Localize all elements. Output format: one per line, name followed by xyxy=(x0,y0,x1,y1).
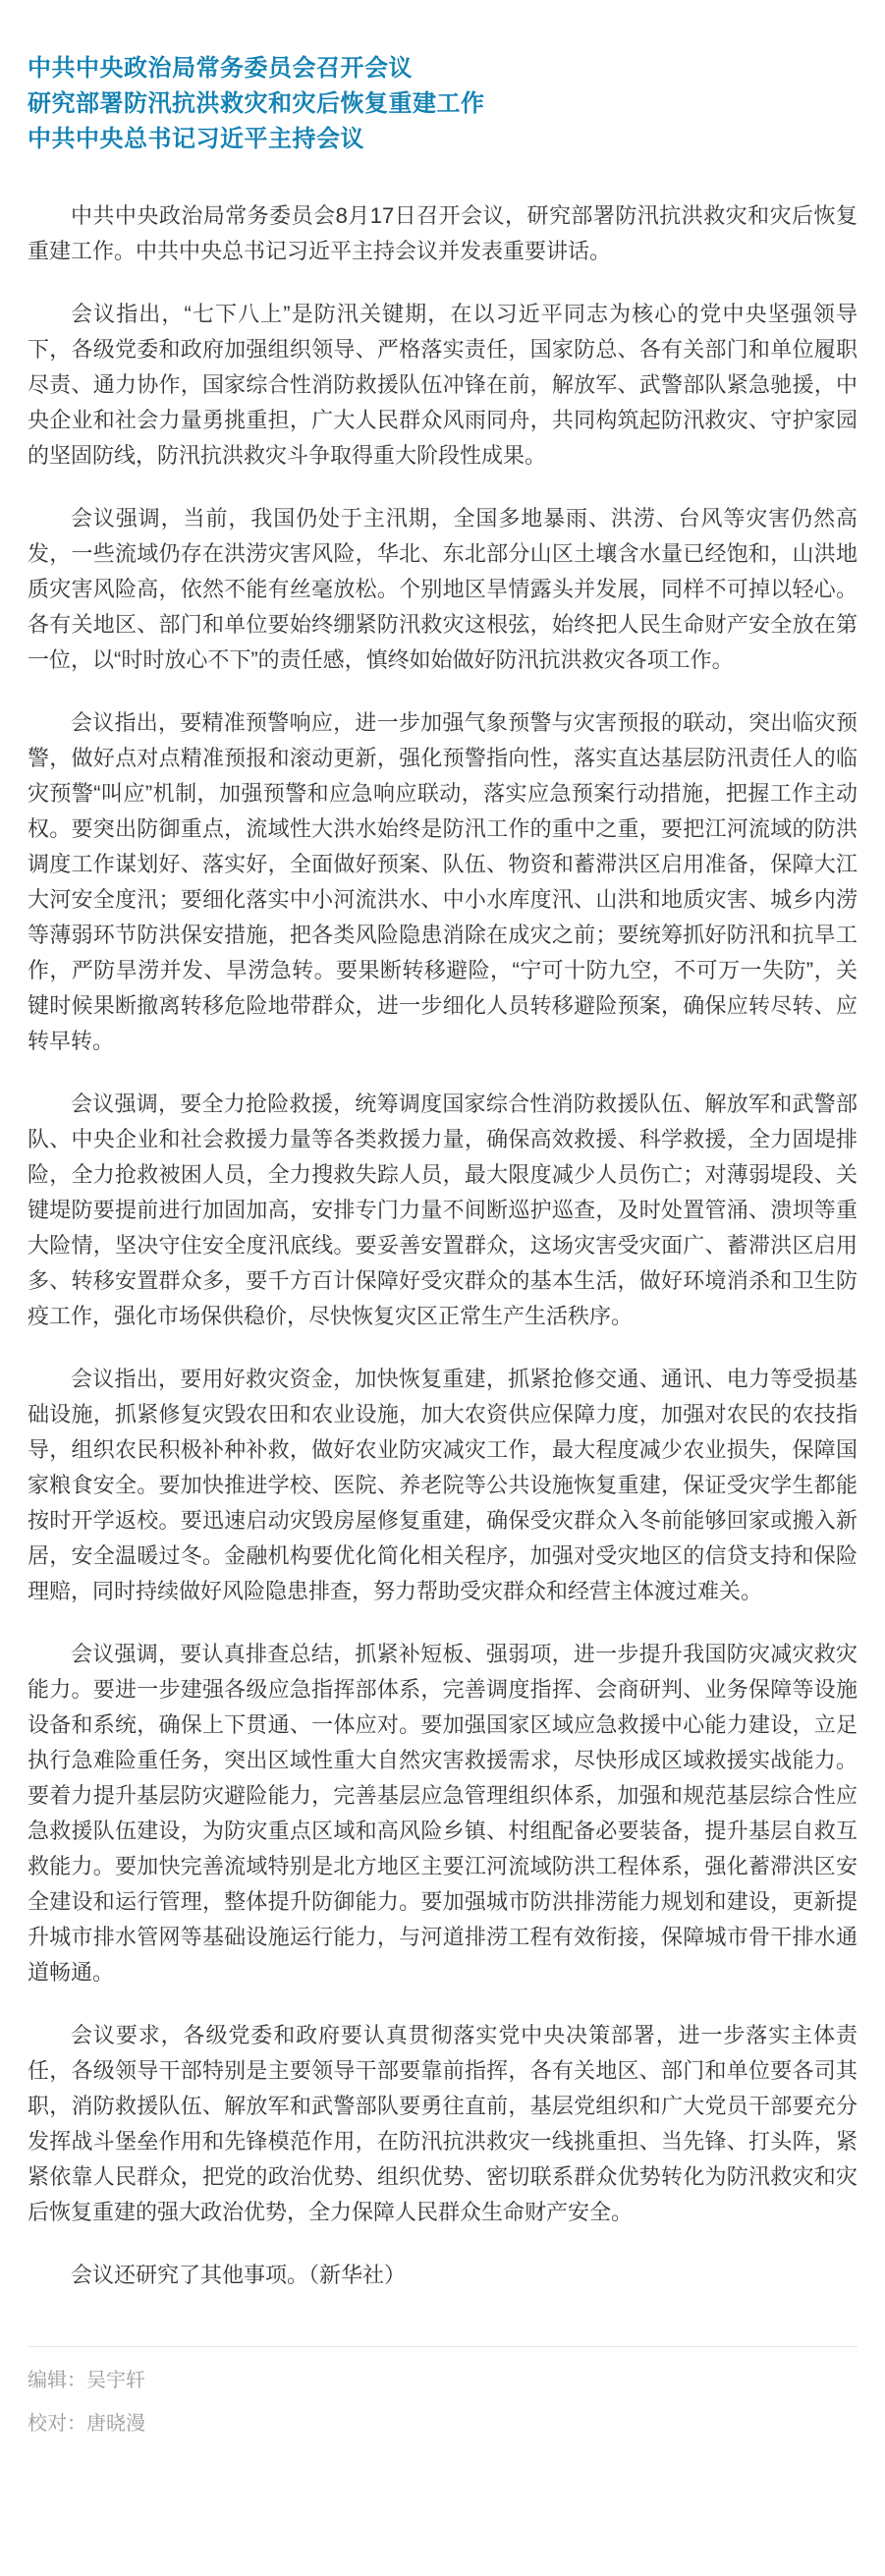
footer-divider xyxy=(28,2346,857,2347)
headline-line-2: 研究部署防汛抗洪救灾和灾后恢复重建工作 xyxy=(28,86,857,122)
headline-line-3: 中共中央总书记习近平主持会议 xyxy=(28,122,857,157)
article-paragraph-4: 会议指出，要精准预警响应，进一步加强气象预警与灾害预报的联动，突出临灾预警，做好… xyxy=(28,705,857,1059)
headline-line-1: 中共中央政治局常务委员会召开会议 xyxy=(28,51,857,86)
article-body: 中共中央政治局常务委员会8月17日召开会议，研究部署防汛抗洪救灾和灾后恢复重建工… xyxy=(28,198,857,2293)
article-paragraph-6: 会议指出，要用好救灾资金，加快恢复重建，抓紧抢修交通、通讯、电力等受损基础设施，… xyxy=(28,1362,857,1609)
article-footer: 编辑：吴宇轩 校对：唐晓漫 xyxy=(28,2359,857,2445)
article-paragraph-5: 会议强调，要全力抢险救援，统筹调度国家综合性消防救援队伍、解放军和武警部队、中央… xyxy=(28,1087,857,1334)
article-paragraph-7: 会议强调，要认真排查总结，抓紧补短板、强弱项，进一步提升我国防灾减灾救灾能力。要… xyxy=(28,1637,857,1990)
article-paragraph-9: 会议还研究了其他事项。（新华社） xyxy=(28,2258,857,2293)
editor-credit: 编辑：吴宇轩 xyxy=(28,2359,857,2402)
proofreader-credit: 校对：唐晓漫 xyxy=(28,2402,857,2445)
article-paragraph-8: 会议要求，各级党委和政府要认真贯彻落实党中央决策部署，进一步落实主体责任，各级领… xyxy=(28,2018,857,2230)
article-headline: 中共中央政治局常务委员会召开会议 研究部署防汛抗洪救灾和灾后恢复重建工作 中共中… xyxy=(28,51,857,157)
article-page: 中共中央政治局常务委员会召开会议 研究部署防汛抗洪救灾和灾后恢复重建工作 中共中… xyxy=(0,0,885,2576)
article-paragraph-1: 中共中央政治局常务委员会8月17日召开会议，研究部署防汛抗洪救灾和灾后恢复重建工… xyxy=(28,198,857,269)
article-paragraph-2: 会议指出，“七下八上”是防汛关键期，在以习近平同志为核心的党中央坚强领导下，各级… xyxy=(28,297,857,474)
article-paragraph-3: 会议强调，当前，我国仍处于主汛期，全国多地暴雨、洪涝、台风等灾害仍然高发，一些流… xyxy=(28,501,857,678)
